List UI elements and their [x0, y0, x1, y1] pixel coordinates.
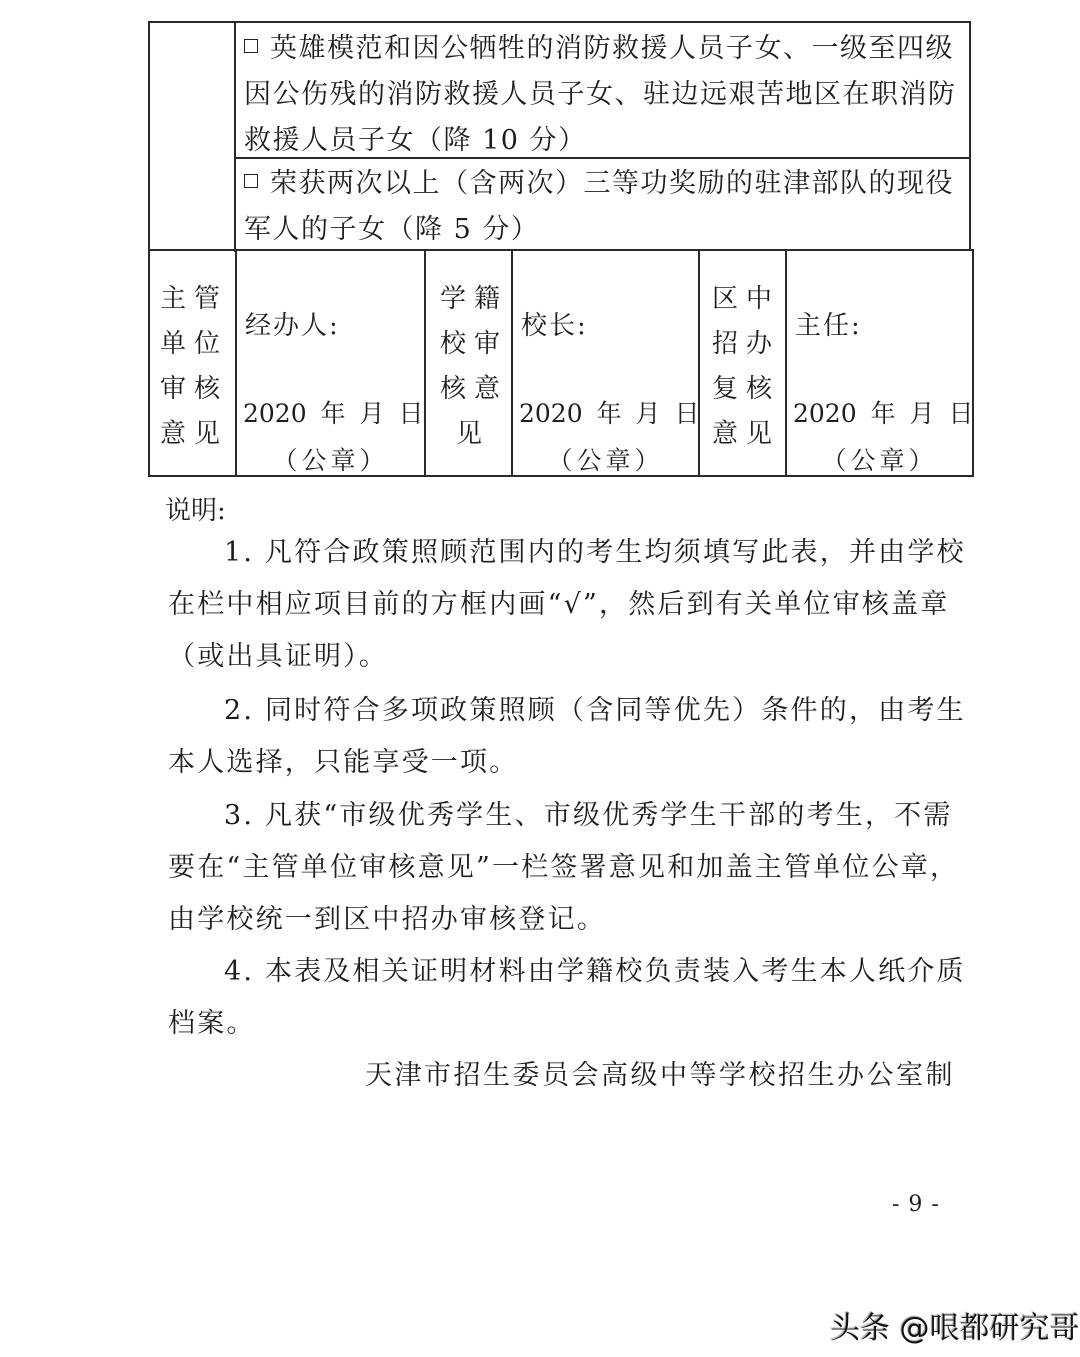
policy-option-2: 荣获两次以上（含两次）三等功奖励的驻津部队的现役军人的子女（降 5 分） — [236, 159, 969, 252]
date-field: 2020 年 月 日 — [519, 394, 699, 430]
label-line: 审核 — [160, 367, 230, 412]
label-line: 主管 — [160, 277, 230, 322]
note-item-4: 4. 本表及相关证明材料由学籍校负责装入考生本人纸介质档案。 — [168, 946, 968, 1050]
checkbox-icon[interactable] — [244, 174, 258, 188]
checkbox-icon[interactable] — [244, 39, 258, 53]
label-line: 见 — [440, 412, 510, 457]
supervisor-review-label: 主管 单位 审核 意见 — [160, 277, 230, 457]
label-line: 校审 — [440, 322, 510, 367]
label-line: 学籍 — [440, 277, 510, 322]
signature-cell-school[interactable]: 校长: 2020 年 月 日 （公章） — [513, 251, 700, 475]
label-cell-supervisor: 主管 单位 审核 意见 — [150, 251, 237, 475]
seal-label: （公章） — [787, 441, 972, 477]
label-line: 区中 — [712, 277, 782, 322]
empty-category-cell — [150, 23, 236, 252]
note-item-2: 2. 同时符合多项政策照顾（含同等优先）条件的，由考生本人选择，只能享受一项。 — [168, 685, 968, 789]
principal-label: 校长: — [521, 305, 588, 342]
label-line: 单位 — [160, 322, 230, 367]
label-line: 核意 — [440, 367, 510, 412]
policy-option-text: 荣获两次以上（含两次）三等功奖励的驻津部队的现役军人的子女（降 5 分） — [244, 168, 954, 245]
label-cell-school: 学籍 校审 核意 见 — [426, 251, 513, 475]
issuer-signature: 天津市招生委员会高级中等学校招生办公室制 — [365, 1053, 955, 1092]
watermark: 头条 @哏都研究哥 — [830, 1303, 1080, 1347]
school-review-label: 学籍 校审 核意 见 — [440, 277, 510, 457]
label-line: 复核 — [712, 367, 782, 412]
label-line: 意见 — [712, 412, 782, 457]
label-line: 招办 — [712, 322, 782, 367]
signature-cell-supervisor[interactable]: 经办人: 2020 年 月 日 （公章） — [237, 251, 426, 475]
date-field: 2020 年 月 日 — [243, 394, 423, 430]
label-line: 意见 — [160, 412, 230, 457]
page-number: - 9 - — [892, 1192, 939, 1217]
policy-option-text: 英雄模范和因公牺牲的消防救援人员子女、一级至四级因公伤残的消防救援人员子女、驻边… — [244, 33, 957, 156]
district-review-label: 区中 招办 复核 意见 — [712, 277, 782, 457]
note-item-1: 1. 凡符合政策照顾范围内的考生均须填写此表，并由学校在栏中相应项目前的方框内画… — [168, 527, 968, 683]
notes-title: 说明: — [165, 490, 226, 527]
director-label: 主任: — [795, 305, 862, 342]
policy-options-table: 英雄模范和因公牺牲的消防救援人员子女、一级至四级因公伤残的消防救援人员子女、驻边… — [148, 21, 971, 250]
label-cell-district: 区中 招办 复核 意见 — [700, 251, 787, 475]
seal-label: （公章） — [513, 441, 698, 477]
seal-label: （公章） — [237, 441, 424, 477]
signature-cell-district[interactable]: 主任: 2020 年 月 日 （公章） — [787, 251, 972, 475]
approval-table: 主管 单位 审核 意见 经办人: 2020 年 月 日 （公章） 学籍 校审 核… — [148, 249, 974, 477]
note-item-3: 3. 凡获“市级优秀学生、市级优秀学生干部的考生，不需要在“主管单位审核意见”一… — [168, 790, 968, 946]
policy-option-1: 英雄模范和因公牺牲的消防救援人员子女、一级至四级因公伤残的消防救援人员子女、驻边… — [236, 23, 969, 159]
handler-label: 经办人: — [245, 305, 340, 342]
date-field: 2020 年 月 日 — [793, 394, 973, 430]
